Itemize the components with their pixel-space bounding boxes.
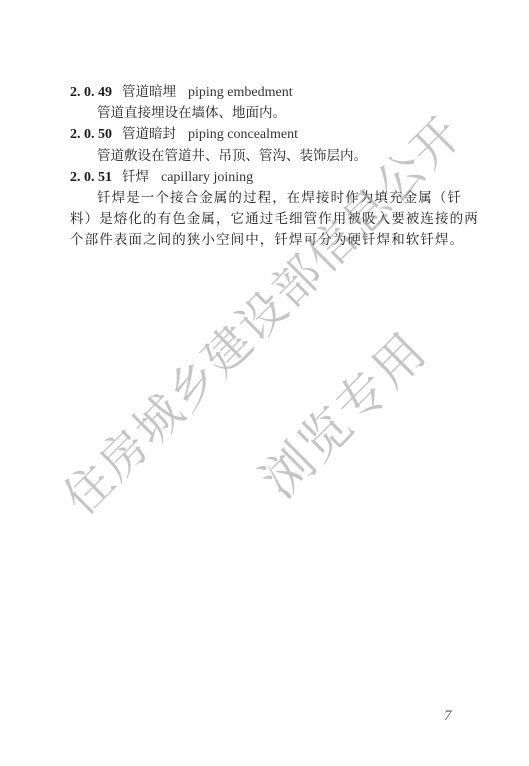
term-english: piping concealment	[188, 127, 298, 142]
term-chinese: 钎焊	[122, 167, 149, 188]
term-english: capillary joining	[161, 170, 253, 185]
terms-section: 2. 0. 49管道暗埋piping embedment 管道直接埋设在墙体、地…	[70, 82, 460, 252]
term-chinese: 管道暗封	[122, 124, 176, 145]
term-definition-line-2: 料）是熔化的有色金属，它通过毛细管作用被吸入要被连接的两	[70, 209, 460, 230]
page-number: 7	[444, 708, 452, 725]
term-heading-2-0-49: 2. 0. 49管道暗埋piping embedment	[70, 82, 460, 103]
term-english: piping embedment	[188, 85, 293, 100]
document-page: 2. 0. 49管道暗埋piping embedment 管道直接埋设在墙体、地…	[0, 0, 529, 766]
term-heading-2-0-50: 2. 0. 50管道暗封piping concealment	[70, 124, 460, 145]
term-heading-2-0-51: 2. 0. 51钎焊capillary joining	[70, 167, 460, 188]
term-number: 2. 0. 51	[70, 167, 114, 188]
term-definition: 管道直接埋设在墙体、地面内。	[70, 103, 460, 124]
term-definition-line-3: 个部件表面之间的狭小空间中，钎焊可分为硬钎焊和软钎焊。	[70, 230, 460, 251]
term-number: 2. 0. 50	[70, 124, 114, 145]
term-definition: 管道敷设在管道井、吊顶、管沟、装饰层内。	[70, 146, 460, 167]
term-number: 2. 0. 49	[70, 82, 114, 103]
watermark-browse-only: 浏览专用	[243, 313, 441, 511]
term-definition-line-1: 钎焊是一个接合金属的过程，在焊接时作为填充金属（钎	[70, 188, 460, 209]
term-chinese: 管道暗埋	[122, 82, 176, 103]
